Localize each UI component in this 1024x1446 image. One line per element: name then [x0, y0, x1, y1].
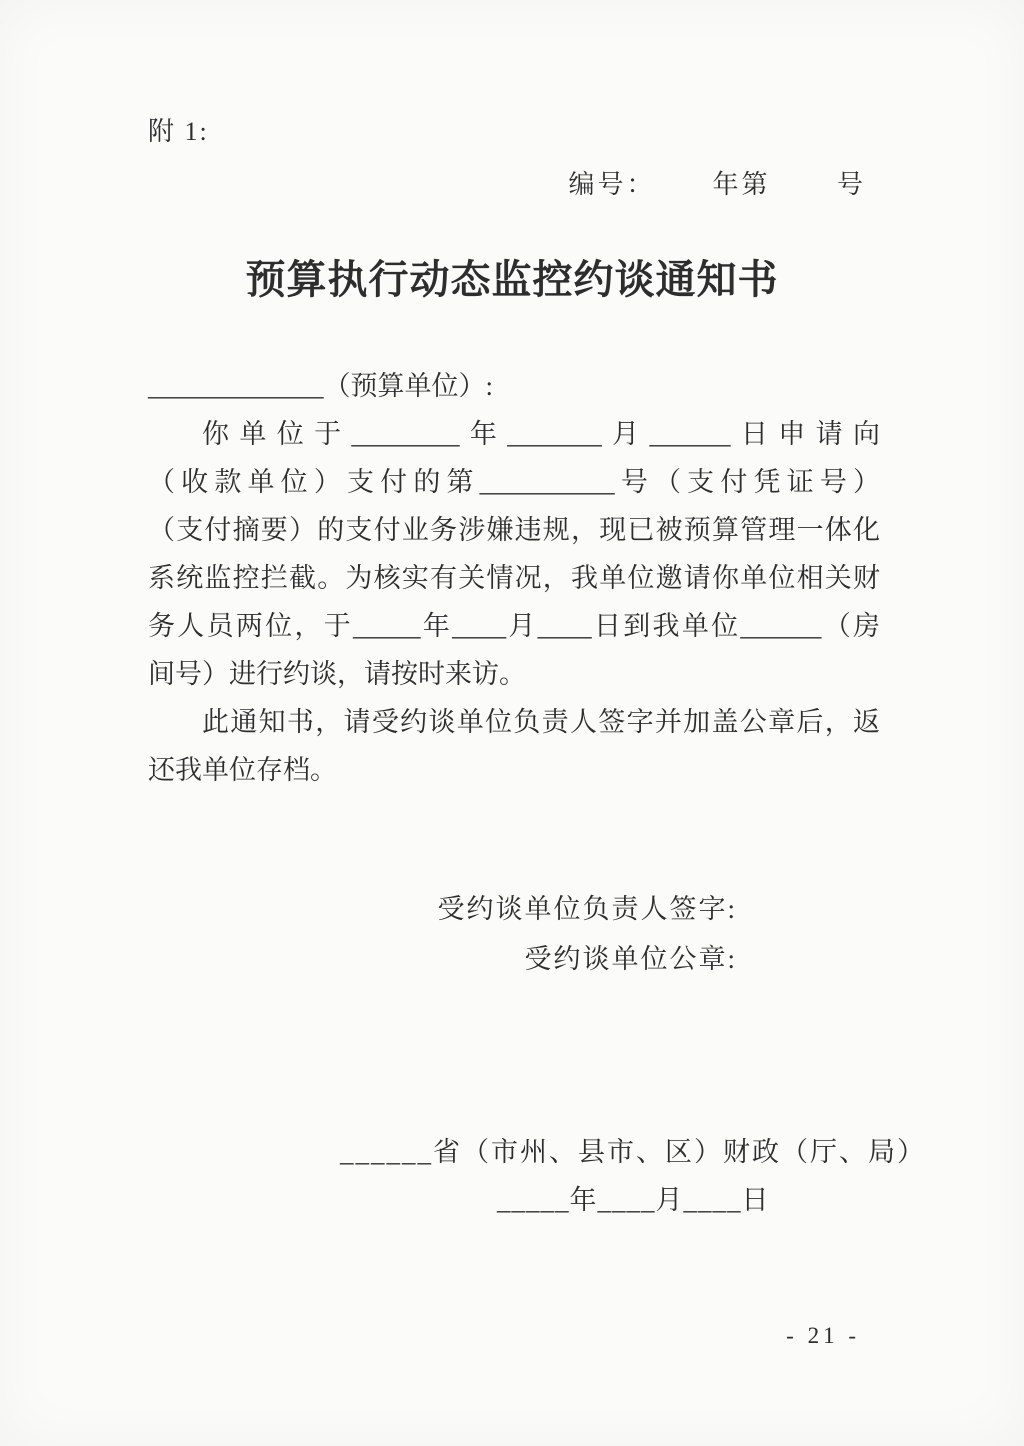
page-number: - 21 - [786, 1320, 860, 1352]
signature-sign-line: 受约谈单位负责人签字: [437, 884, 737, 934]
body-line-payee-voucher: （收款单位）支付的第__________号（支付凭证号） [148, 458, 880, 506]
issue-date-line: _____年____月____日 [497, 1176, 770, 1224]
addressee-blank-line: _____________（预算单位）: [148, 362, 880, 410]
signature-block: 受约谈单位负责人签字: 受约谈单位公章: [437, 884, 737, 984]
document-title: 预算执行动态监控约谈通知书 [0, 248, 1024, 305]
body-line-sign-seal: 此通知书，请受约谈单位负责人签字并加盖公章后，返 [148, 698, 880, 746]
body-line-violation: （支付摘要）的支付业务涉嫌违规，现已被预算管理一体化 [148, 506, 880, 554]
body-line-intercepted: 系统监控拦截。为核实有关情况，我单位邀请你单位相关财 [148, 554, 880, 602]
attachment-label: 附 1: [148, 114, 209, 150]
body-line-payment-date: 你单位于________年_______月______日申请向 [148, 410, 880, 458]
body-line-interview-date: 务人员两位，于_____年____月____日到我单位______（房 [148, 602, 880, 650]
serial-number-line: 编号： 年第 号 [568, 168, 866, 202]
body-line-room-number: 间号）进行约谈，请按时来访。 [148, 650, 880, 698]
signature-seal-line: 受约谈单位公章: [437, 934, 737, 984]
document-body: _____________（预算单位）: 你单位于________年______… [148, 362, 880, 794]
document-page: 附 1: 编号： 年第 号 预算执行动态监控约谈通知书 ____________… [0, 0, 1024, 1446]
body-line-archive: 还我单位存档。 [148, 746, 880, 794]
issuer-line: ______省（市州、县市、区）财政（厅、局） [340, 1128, 926, 1176]
